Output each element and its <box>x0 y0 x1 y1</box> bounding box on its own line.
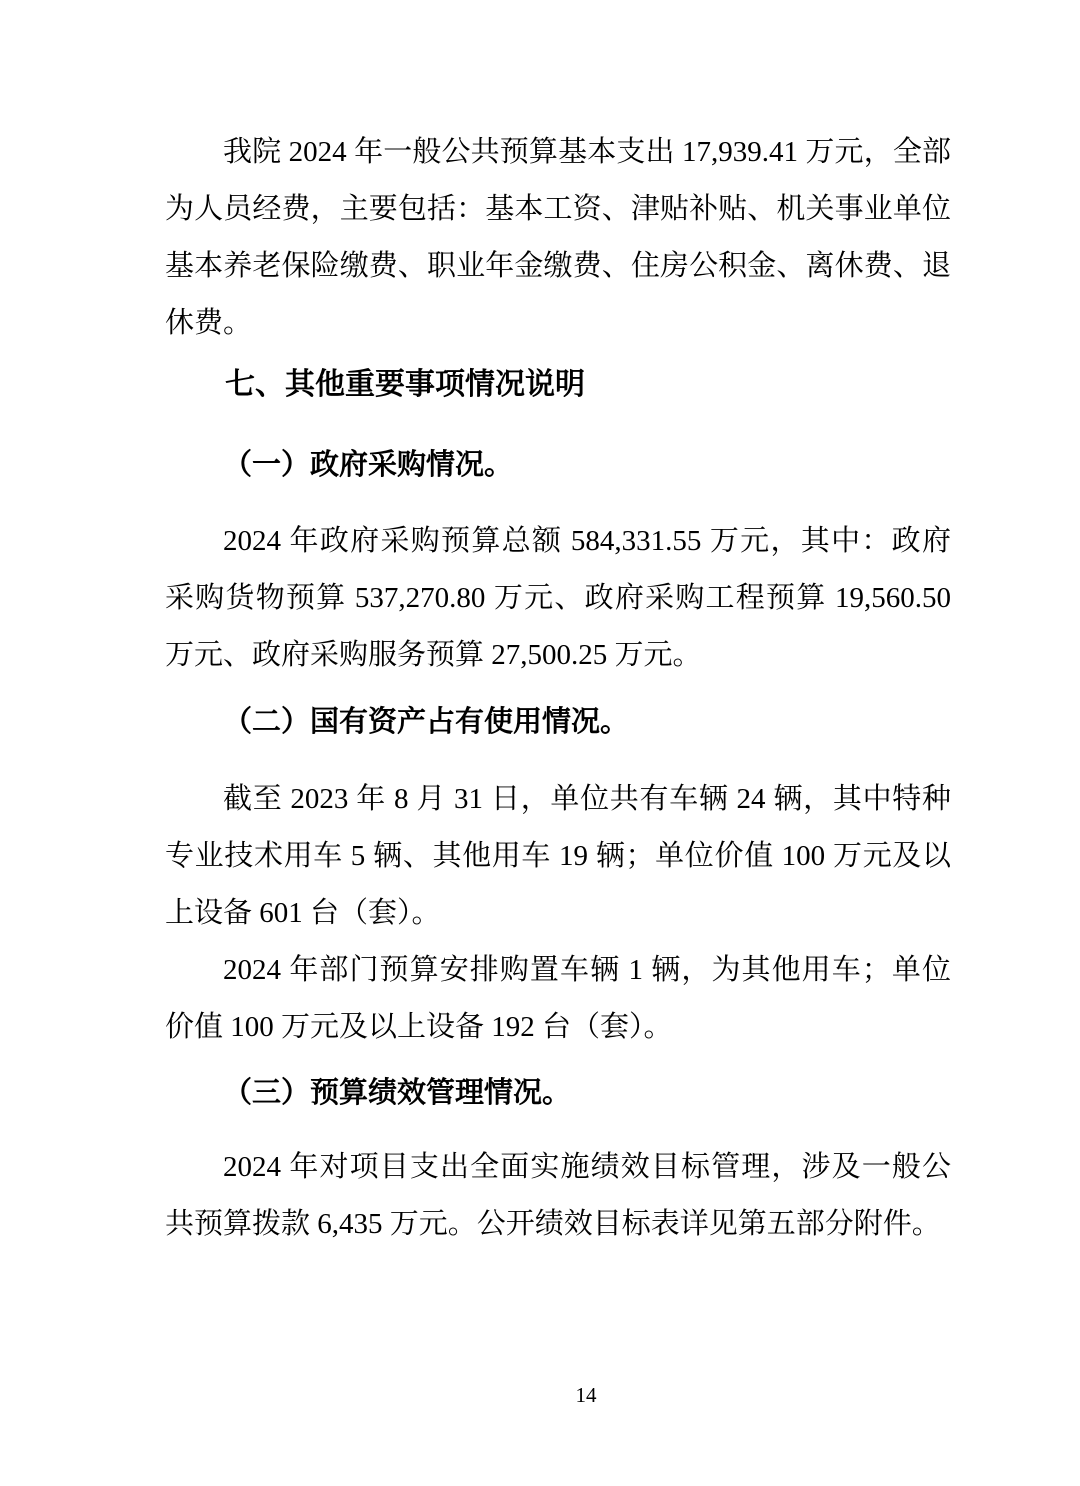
subheading-budget-performance: （三）预算绩效管理情况。 <box>165 1065 951 1122</box>
paragraph-procurement-budget: 2024 年政府采购预算总额 584,331.55 万元，其中：政府采购货物预算… <box>165 513 951 684</box>
section-heading-other-important-items: 七、其他重要事项情况说明 <box>165 356 951 413</box>
page-number: 14 <box>0 1383 1080 1407</box>
paragraph-basic-expenditure: 我院 2024 年一般公共预算基本支出 17,939.41 万元，全部为人员经费… <box>165 124 951 352</box>
paragraph-assets-budget-arrangement: 2024 年部门预算安排购置车辆 1 辆，为其他用车；单位价值 100 万元及以… <box>165 942 951 1056</box>
paragraph-performance-management: 2024 年对项目支出全面实施绩效目标管理，涉及一般公共预算拨款 6,435 万… <box>165 1139 951 1253</box>
paragraph-assets-vehicles: 截至 2023 年 8 月 31 日，单位共有车辆 24 辆，其中特种专业技术用… <box>165 771 951 942</box>
subheading-state-owned-assets: （二）国有资产占有使用情况。 <box>165 694 951 751</box>
document-page-body: 我院 2024 年一般公共预算基本支出 17,939.41 万元，全部为人员经费… <box>165 124 951 1253</box>
subheading-government-procurement: （一）政府采购情况。 <box>165 437 951 494</box>
